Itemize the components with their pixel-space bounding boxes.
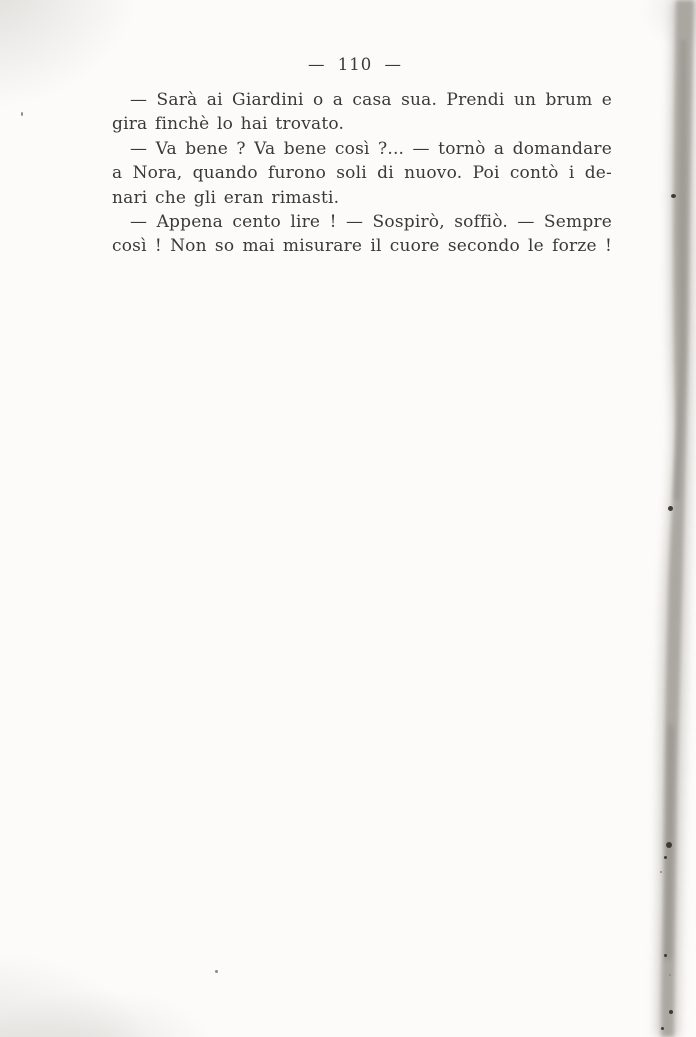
ink-speck	[661, 1027, 664, 1030]
text-line: a Nora, quando furono soli di nuovo. Poi…	[112, 161, 612, 185]
text-line: — Va bene ? Va bene così ?... — tornò a …	[112, 137, 612, 161]
ink-speck	[664, 954, 667, 957]
text-line: — Appena cento lire ! — Sospirò, soffiò.…	[112, 210, 612, 234]
text-line: gira finchè lo hai trovato.	[112, 112, 612, 136]
ink-speck	[669, 974, 671, 976]
text-block: — Sarà ai Giardini o a casa sua. Prendi …	[112, 88, 612, 259]
ink-speck	[664, 856, 667, 859]
text-line: nari che gli eran rimasti.	[112, 186, 612, 210]
ink-speck	[671, 194, 676, 198]
page-number: — 110 —	[105, 55, 605, 74]
text-line: così ! Non so mai misurare il cuore seco…	[112, 234, 612, 258]
ink-speck	[669, 1010, 673, 1014]
text-line: — Sarà ai Giardini o a casa sua. Prendi …	[112, 88, 612, 112]
ink-speck	[666, 842, 672, 848]
ink-speck	[668, 506, 673, 511]
dust-speck	[215, 970, 218, 973]
dust-speck	[21, 112, 23, 116]
ink-speck	[660, 871, 662, 873]
